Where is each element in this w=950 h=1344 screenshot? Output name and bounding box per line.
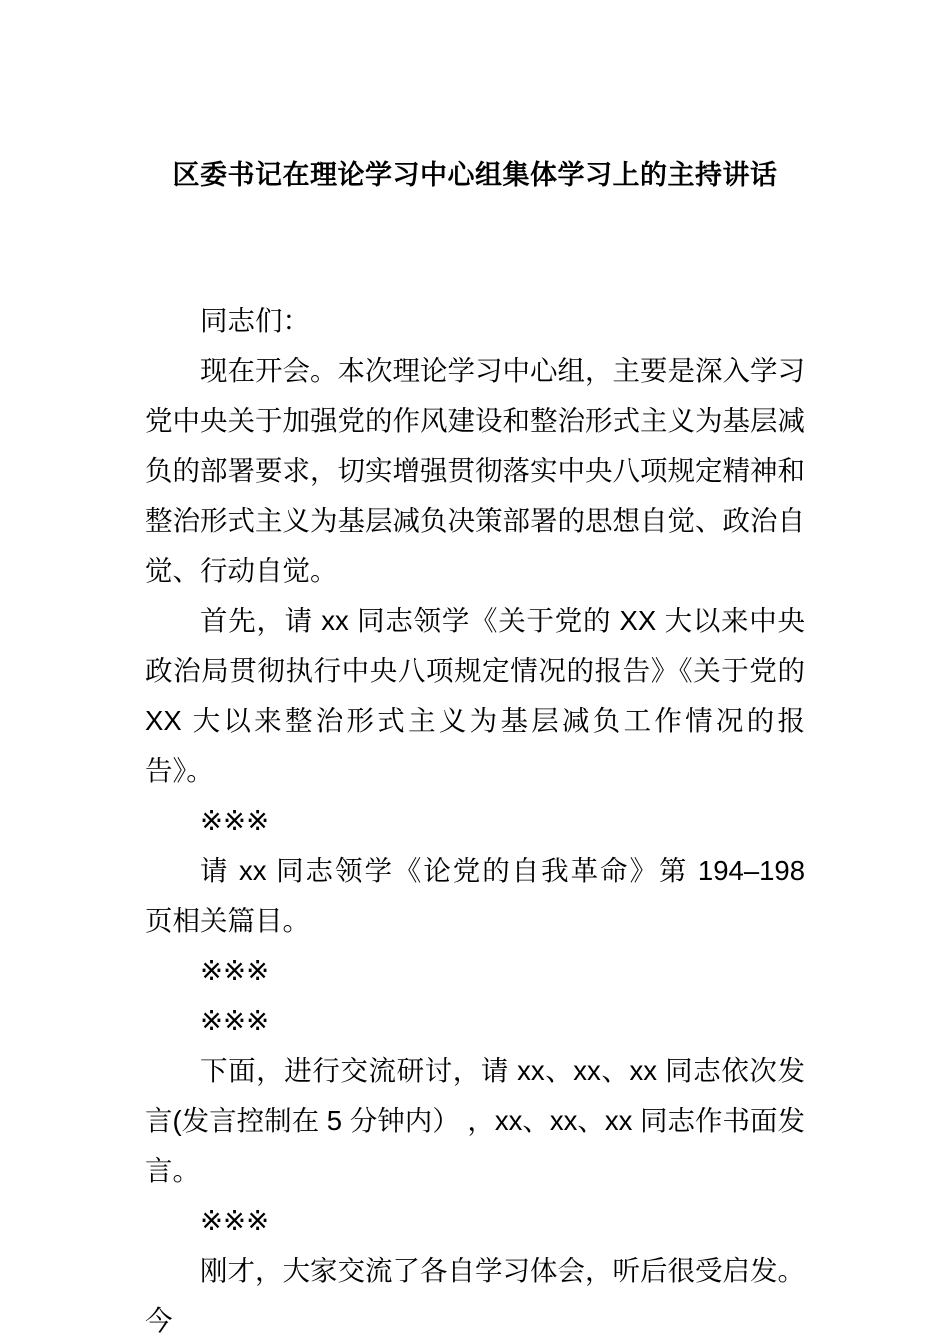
separator-marks: ※※※ xyxy=(145,796,805,846)
separator-marks: ※※※ xyxy=(145,946,805,996)
document-content: 区委书记在理论学习中心组集体学习上的主持讲话 同志们： 现在开会。本次理论学习中… xyxy=(0,0,950,1344)
separator-marks: ※※※ xyxy=(145,996,805,1046)
paragraph-discussion: 下面，进行交流研讨，请 xx、xx、xx 同志依次发言(发言控制在 5 分钟内）… xyxy=(145,1046,805,1196)
document-title: 区委书记在理论学习中心组集体学习上的主持讲话 xyxy=(145,150,805,200)
paragraph-closing: 刚才，大家交流了各自学习体会，听后很受启发。今 xyxy=(145,1246,805,1344)
paragraph-second-study: 请 xx 同志领学《论党的自我革命》第 194–198 页相关篇目。 xyxy=(145,846,805,946)
paragraph-salutation: 同志们： xyxy=(145,296,805,346)
separator-marks: ※※※ xyxy=(145,1196,805,1246)
document-page: 区委书记在理论学习中心组集体学习上的主持讲话 同志们： 现在开会。本次理论学习中… xyxy=(0,0,950,1344)
paragraph-opening: 现在开会。本次理论学习中心组，主要是深入学习党中央关于加强党的作风建设和整治形式… xyxy=(145,346,805,596)
paragraph-first-study: 首先，请 xx 同志领学《关于党的 XX 大以来中央政治局贯彻执行中央八项规定情… xyxy=(145,596,805,796)
